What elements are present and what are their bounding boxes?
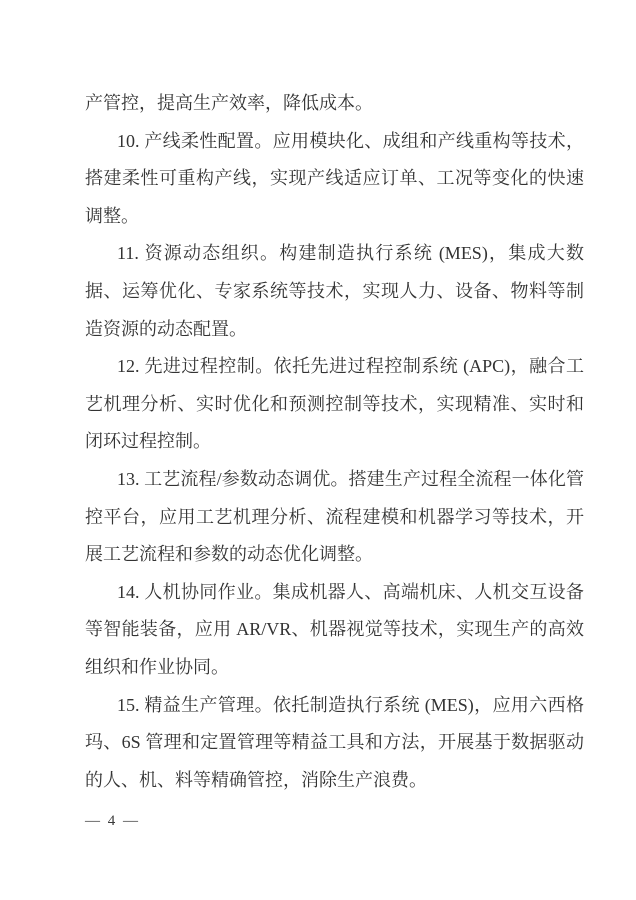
page-number: — 4 — (85, 810, 140, 832)
paragraph-item-15: 15. 精益生产管理。依托制造执行系统 (MES)，应用六西格玛、6S 管理和定… (85, 687, 584, 800)
paragraph-item-14: 14. 人机协同作业。集成机器人、高端机床、人机交互设备等智能装备，应用 AR/… (85, 574, 584, 687)
paragraph-item-11: 11. 资源动态组织。构建制造执行系统 (MES)，集成大数据、运筹优化、专家系… (85, 235, 584, 348)
paragraph-continuation-line: 产管控，提高生产效率，降低成本。 (85, 85, 584, 123)
document-page: 产管控，提高生产效率，降低成本。10. 产线柔性配置。应用模块化、成组和产线重构… (0, 0, 636, 900)
paragraph-item-13: 13. 工艺流程/参数动态调优。搭建生产过程全流程一体化管控平台，应用工艺机理分… (85, 461, 584, 574)
document-body: 产管控，提高生产效率，降低成本。10. 产线柔性配置。应用模块化、成组和产线重构… (85, 85, 584, 799)
paragraph-item-12: 12. 先进过程控制。依托先进过程控制系统 (APC)，融合工艺机理分析、实时优… (85, 348, 584, 461)
paragraph-item-10: 10. 产线柔性配置。应用模块化、成组和产线重构等技术，搭建柔性可重构产线，实现… (85, 123, 584, 236)
